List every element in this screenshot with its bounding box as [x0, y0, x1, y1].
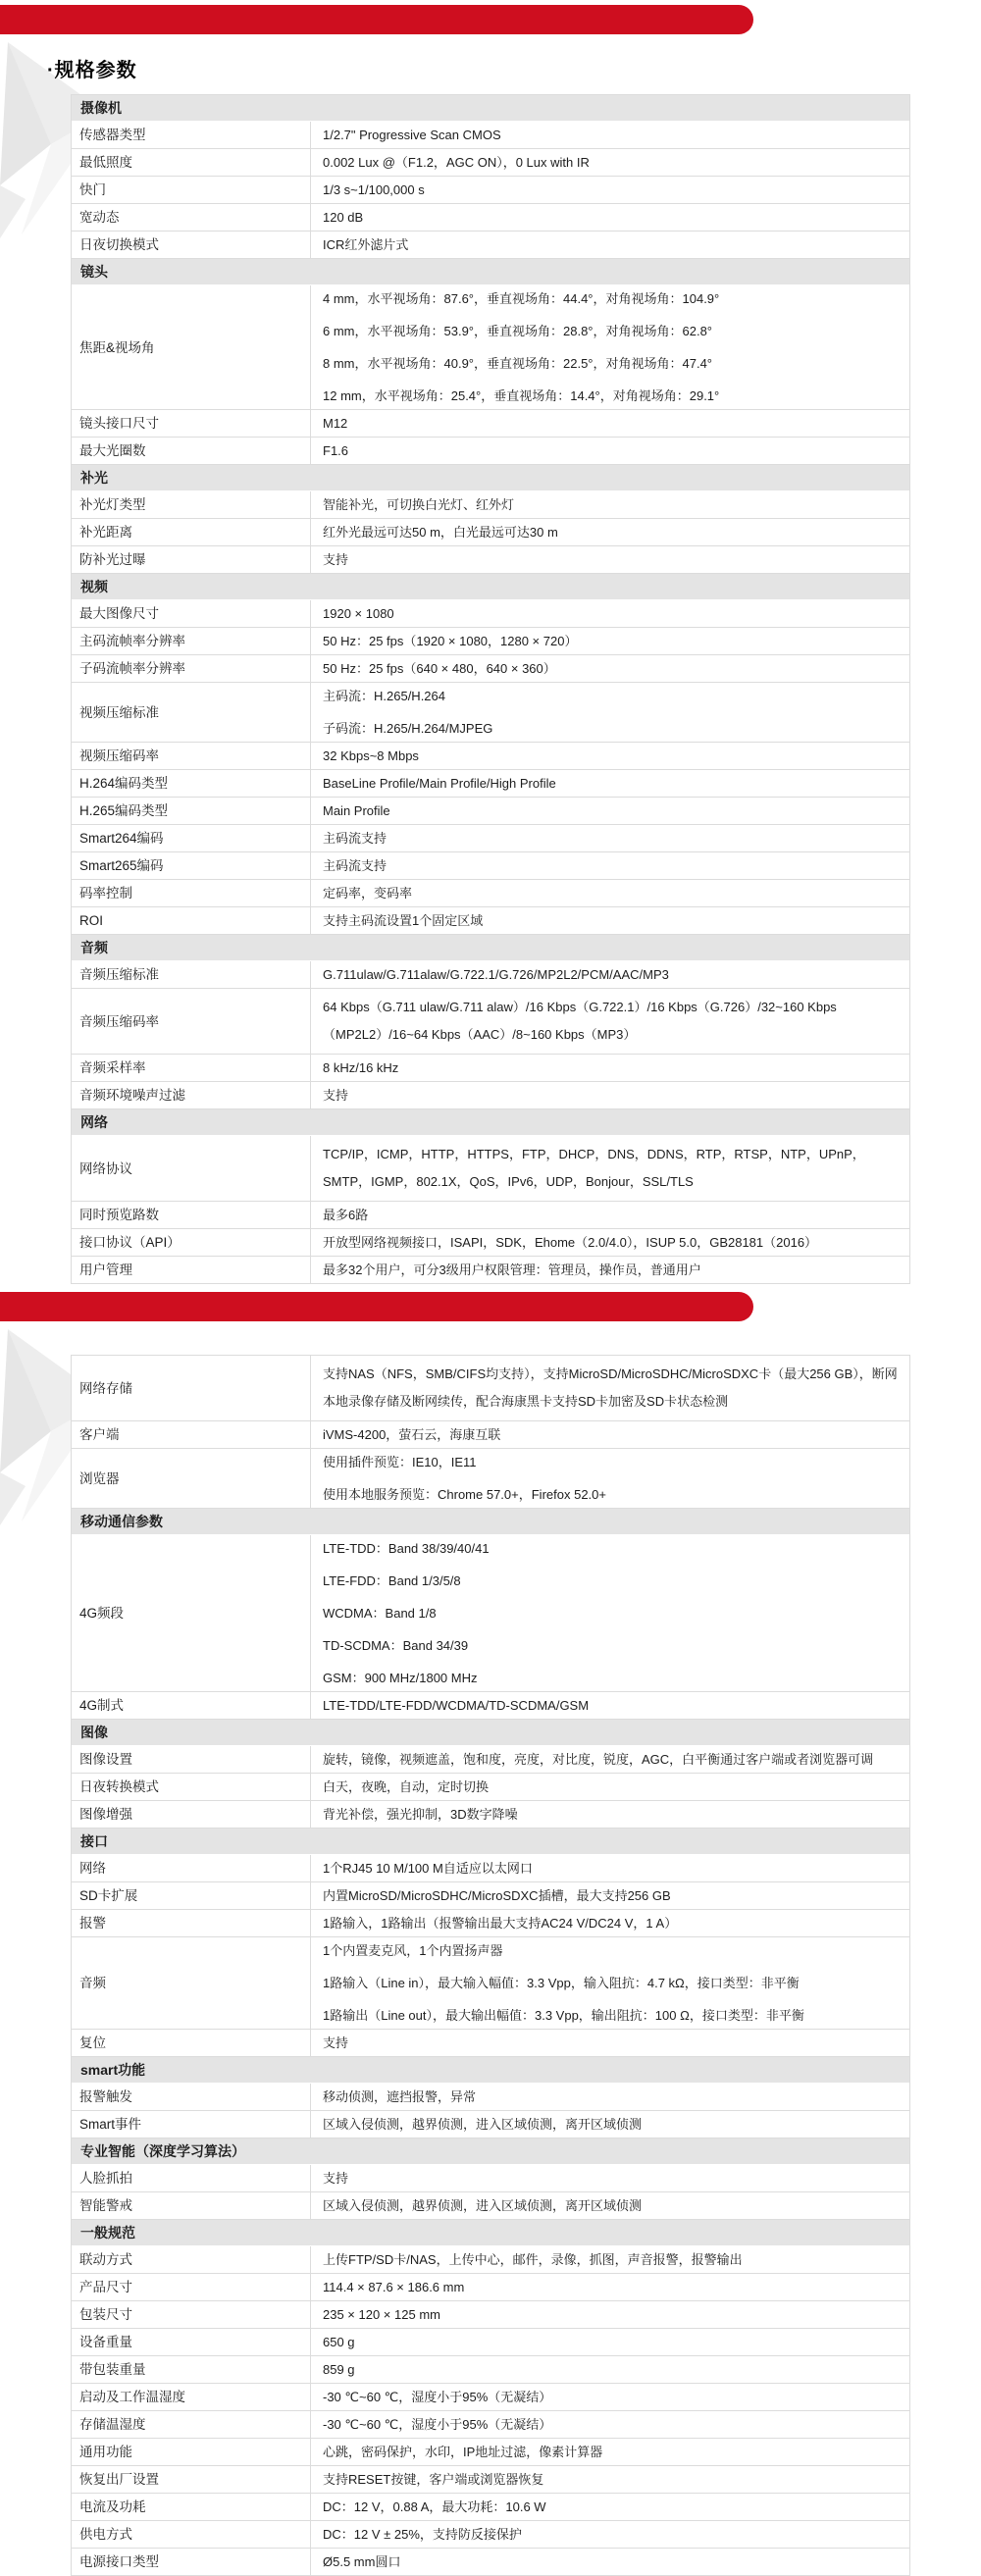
spec-value-line: LTE-FDD：Band 1/3/5/8	[323, 1572, 898, 1589]
section-header: 视频	[72, 574, 909, 600]
spec-label: 最大图像尺寸	[72, 600, 311, 627]
spec-value-line: TD-SCDMA：Band 34/39	[323, 1637, 898, 1654]
spec-label: Smart265编码	[72, 852, 311, 879]
section-header: 补光	[72, 465, 909, 491]
spec-value-line: 移动侦测，遮挡报警，异常	[323, 2088, 898, 2105]
spec-label: 产品尺寸	[72, 2274, 311, 2300]
section-header: smart功能	[72, 2057, 909, 2084]
spec-value-line: 上传FTP/SD卡/NAS，上传中心，邮件，录像，抓图，声音报警，报警输出	[323, 2251, 898, 2268]
section-header: 摄像机	[72, 95, 909, 122]
spec-value-line: 心跳，密码保护，水印，IP地址过滤，像素计算器	[323, 2444, 898, 2460]
spec-label: 日夜切换模式	[72, 232, 311, 258]
spec-row: 最大光圈数F1.6	[72, 438, 909, 465]
spec-label: 音频采样率	[72, 1055, 311, 1081]
spec-row: 补光距离红外光最远可达50 m，白光最远可达30 m	[72, 519, 909, 546]
spec-label: 传感器类型	[72, 122, 311, 148]
spec-value: 支持RESET按键，客户端或浏览器恢复	[311, 2466, 909, 2493]
spec-row: 快门1/3 s~1/100,000 s	[72, 177, 909, 204]
spec-value-line: 背光补偿，强光抑制，3D数字降噪	[323, 1806, 898, 1823]
spec-row: 最低照度0.002 Lux @（F1.2，AGC ON），0 Lux with …	[72, 149, 909, 177]
spec-value-line: 1路输入（Line in），最大输入幅值：3.3 Vpp，输入阻抗：4.7 kΩ…	[323, 1975, 898, 1991]
spec-value: 120 dB	[311, 204, 909, 231]
spec-label: 子码流帧率分辨率	[72, 655, 311, 682]
spec-value: 235 × 120 × 125 mm	[311, 2301, 909, 2328]
spec-value: ICR红外滤片式	[311, 232, 909, 258]
spec-value-line: 32 Kbps~8 Mbps	[323, 747, 898, 764]
spec-value: 支持	[311, 2030, 909, 2056]
spec-value-line: -30 ℃~60 ℃，湿度小于95%（无凝结）	[323, 2416, 898, 2433]
spec-label: 人脸抓拍	[72, 2165, 311, 2191]
section-header: 网络	[72, 1109, 909, 1136]
spec-value-line: 支持	[323, 551, 898, 568]
spec-label: 供电方式	[72, 2521, 311, 2548]
spec-value: 0.002 Lux @（F1.2，AGC ON），0 Lux with IR	[311, 149, 909, 176]
spec-value: 1/2.7" Progressive Scan CMOS	[311, 122, 909, 148]
spec-value: DC：12 V ± 25%，支持防反接保护	[311, 2521, 909, 2548]
spec-table-network-general: 网络存储支持NAS（NFS，SMB/CIFS均支持），支持MicroSD/Mic…	[71, 1355, 910, 2576]
spec-label: 电源接口类型	[72, 2549, 311, 2575]
spec-value: 32 Kbps~8 Mbps	[311, 743, 909, 769]
spec-page-1: ·规格参数 摄像机传感器类型1/2.7" Progressive Scan CM…	[0, 5, 981, 1284]
spec-label: 视频压缩码率	[72, 743, 311, 769]
spec-value: -30 ℃~60 ℃，湿度小于95%（无凝结）	[311, 2384, 909, 2410]
spec-value-line: 白天，夜晚，自动，定时切换	[323, 1778, 898, 1795]
spec-value-line: ICR红外滤片式	[323, 236, 898, 253]
spec-row: 带包装重量859 g	[72, 2356, 909, 2384]
spec-row: 子码流帧率分辨率50 Hz：25 fps（640 × 480，640 × 360…	[72, 655, 909, 683]
spec-row: 码率控制定码率，变码率	[72, 880, 909, 907]
spec-value: -30 ℃~60 ℃，湿度小于95%（无凝结）	[311, 2411, 909, 2438]
spec-row: 存储温湿度-30 ℃~60 ℃，湿度小于95%（无凝结）	[72, 2411, 909, 2439]
spec-value-line: GSM：900 MHz/1800 MHz	[323, 1670, 898, 1686]
section-header: 接口	[72, 1829, 909, 1855]
spec-value: 650 g	[311, 2329, 909, 2355]
spec-value-line: 0.002 Lux @（F1.2，AGC ON），0 Lux with IR	[323, 154, 898, 171]
spec-value-line: 4 mm，水平视场角：87.6°，垂直视场角：44.4°，对角视场角：104.9…	[323, 290, 898, 307]
spec-value: 开放型网络视频接口，ISAPI，SDK，Ehome（2.0/4.0），ISUP …	[311, 1229, 909, 1256]
spec-label: 带包装重量	[72, 2356, 311, 2383]
spec-label: 电流及功耗	[72, 2494, 311, 2520]
spec-label: 视频压缩标准	[72, 683, 311, 742]
spec-label: H.264编码类型	[72, 770, 311, 797]
spec-label: 焦距&视场角	[72, 285, 311, 409]
spec-row: 日夜切换模式ICR红外滤片式	[72, 232, 909, 259]
spec-label: 同时预览路数	[72, 1202, 311, 1228]
spec-label: 主码流帧率分辨率	[72, 628, 311, 654]
spec-value-line: 内置MicroSD/MicroSDHC/MicroSDXC插槽，最大支持256 …	[323, 1887, 898, 1904]
spec-value: 支持主码流设置1个固定区域	[311, 907, 909, 934]
spec-value: 红外光最远可达50 m，白光最远可达30 m	[311, 519, 909, 545]
spec-value-line: 859 g	[323, 2361, 898, 2378]
spec-value: 8 kHz/16 kHz	[311, 1055, 909, 1081]
spec-value-line: 1920 × 1080	[323, 605, 898, 622]
spec-label: 图像增强	[72, 1801, 311, 1828]
spec-value-line: 最多32个用户，可分3级用户权限管理：管理员，操作员，普通用户	[323, 1262, 898, 1278]
spec-value: BaseLine Profile/Main Profile/High Profi…	[311, 770, 909, 797]
spec-label: 4G制式	[72, 1692, 311, 1719]
spec-row: 电流及功耗DC：12 V，0.88 A，最大功耗：10.6 W	[72, 2494, 909, 2521]
spec-label: 补光距离	[72, 519, 311, 545]
spec-value: 主码流支持	[311, 852, 909, 879]
spec-label: 存储温湿度	[72, 2411, 311, 2438]
spec-value: 50 Hz：25 fps（640 × 480，640 × 360）	[311, 655, 909, 682]
spec-value-line: 1/3 s~1/100,000 s	[323, 181, 898, 198]
spec-value-line: 1/2.7" Progressive Scan CMOS	[323, 127, 898, 143]
spec-value-line: 区域入侵侦测，越界侦测，进入区域侦测，离开区域侦测	[323, 2116, 898, 2133]
spec-row: 4G频段LTE-TDD：Band 38/39/40/41LTE-FDD：Band…	[72, 1535, 909, 1692]
spec-value: 旋转，镜像，视频遮盖，饱和度，亮度，对比度，锐度，AGC，白平衡通过客户端或者浏…	[311, 1746, 909, 1773]
spec-value-line: 120 dB	[323, 209, 898, 226]
spec-value-line: 12 mm，水平视场角：25.4°，垂直视场角：14.4°，对角视场角：29.1…	[323, 387, 898, 404]
spec-row: 人脸抓拍支持	[72, 2165, 909, 2192]
spec-value-line: 支持	[323, 2035, 898, 2051]
spec-row: 防补光过曝支持	[72, 546, 909, 574]
spec-value: 4 mm，水平视场角：87.6°，垂直视场角：44.4°，对角视场角：104.9…	[311, 285, 909, 409]
spec-row: 设备重量650 g	[72, 2329, 909, 2356]
spec-value-line: LTE-TDD/LTE-FDD/WCDMA/TD-SCDMA/GSM	[323, 1697, 898, 1714]
spec-value-line: Ø5.5 mm圆口	[323, 2553, 898, 2570]
spec-row: 浏览器使用插件预览：IE10，IE11使用本地服务预览：Chrome 57.0+…	[72, 1449, 909, 1509]
spec-label: 镜头接口尺寸	[72, 410, 311, 437]
spec-row: H.264编码类型BaseLine Profile/Main Profile/H…	[72, 770, 909, 798]
spec-label: 补光灯类型	[72, 491, 311, 518]
spec-value: 50 Hz：25 fps（1920 × 1080，1280 × 720）	[311, 628, 909, 654]
spec-row: 图像增强背光补偿，强光抑制，3D数字降噪	[72, 1801, 909, 1829]
spec-label: 客户端	[72, 1421, 311, 1448]
spec-value: 最多6路	[311, 1202, 909, 1228]
spec-value-line: -30 ℃~60 ℃，湿度小于95%（无凝结）	[323, 2389, 898, 2405]
spec-value: M12	[311, 410, 909, 437]
spec-value-line: 64 Kbps（G.711 ulaw/G.711 alaw）/16 Kbps（G…	[323, 994, 898, 1049]
spec-value: 内置MicroSD/MicroSDHC/MicroSDXC插槽，最大支持256 …	[311, 1882, 909, 1909]
spec-row: 复位支持	[72, 2030, 909, 2057]
spec-value-line: 6 mm，水平视场角：53.9°，垂直视场角：28.8°，对角视场角：62.8°	[323, 323, 898, 339]
page-title: ·规格参数	[47, 54, 981, 82]
spec-value-line: 1路输出（Line out），最大输出幅值：3.3 Vpp，输出阻抗：100 Ω…	[323, 2007, 898, 2024]
spec-value-line: Main Profile	[323, 802, 898, 819]
spec-label: 音频	[72, 1937, 311, 2029]
spec-value-line: LTE-TDD：Band 38/39/40/41	[323, 1540, 898, 1557]
spec-row: 智能警戒区域入侵侦测，越界侦测，进入区域侦测，离开区域侦测	[72, 2192, 909, 2220]
spec-row: 同时预览路数最多6路	[72, 1202, 909, 1229]
spec-row: SD卡扩展内置MicroSD/MicroSDHC/MicroSDXC插槽，最大支…	[72, 1882, 909, 1910]
spec-row: 音频环境噪声过滤支持	[72, 1082, 909, 1109]
spec-value: 主码流：H.265/H.264子码流：H.265/H.264/MJPEG	[311, 683, 909, 742]
section-header: 图像	[72, 1720, 909, 1746]
spec-value: 智能补光，可切换白光灯、红外灯	[311, 491, 909, 518]
spec-value: 1个RJ45 10 M/100 M自适应以太网口	[311, 1855, 909, 1881]
spec-value-line: 8 kHz/16 kHz	[323, 1059, 898, 1076]
spec-value-line: F1.6	[323, 442, 898, 459]
spec-value-line: 8 mm，水平视场角：40.9°，垂直视场角：22.5°，对角视场角：47.4°	[323, 355, 898, 372]
spec-value-line: 114.4 × 87.6 × 186.6 mm	[323, 2279, 898, 2295]
spec-row: 传感器类型1/2.7" Progressive Scan CMOS	[72, 122, 909, 149]
spec-label: 恢复出厂设置	[72, 2466, 311, 2493]
spec-value: 支持	[311, 1082, 909, 1108]
spec-value-line: 主码流支持	[323, 857, 898, 874]
spec-label: 网络存储	[72, 1356, 311, 1420]
spec-label: 智能警戒	[72, 2192, 311, 2219]
spec-row: 报警触发移动侦测，遮挡报警，异常	[72, 2084, 909, 2111]
spec-value: 支持	[311, 2165, 909, 2191]
spec-label: 报警触发	[72, 2084, 311, 2110]
spec-row: 联动方式上传FTP/SD卡/NAS，上传中心，邮件，录像，抓图，声音报警，报警输…	[72, 2246, 909, 2274]
spec-value-line: 子码流：H.265/H.264/MJPEG	[323, 720, 898, 737]
spec-value-line: 1个内置麦克风，1个内置扬声器	[323, 1942, 898, 1959]
spec-label: 通用功能	[72, 2439, 311, 2465]
spec-value-line: 主码流：H.265/H.264	[323, 688, 898, 704]
spec-row: 电源接口类型Ø5.5 mm圆口	[72, 2549, 909, 2575]
spec-label: 最低照度	[72, 149, 311, 176]
spec-label: 音频压缩码率	[72, 989, 311, 1054]
spec-label: Smart事件	[72, 2111, 311, 2138]
section-header: 专业智能（深度学习算法）	[72, 2138, 909, 2165]
spec-label: 联动方式	[72, 2246, 311, 2273]
spec-value-line: 使用插件预览：IE10，IE11	[323, 1454, 898, 1470]
spec-label: 宽动态	[72, 204, 311, 231]
spec-label: ROI	[72, 907, 311, 934]
spec-value: Main Profile	[311, 798, 909, 824]
spec-value: 1个内置麦克风，1个内置扬声器1路输入（Line in），最大输入幅值：3.3 …	[311, 1937, 909, 2029]
spec-row: 报警1路输入，1路输出（报警输出最大支持AC24 V/DC24 V，1 A）	[72, 1910, 909, 1937]
spec-value-line: 支持	[323, 1087, 898, 1104]
spec-row: 用户管理最多32个用户，可分3级用户权限管理：管理员，操作员，普通用户	[72, 1257, 909, 1283]
spec-row: 网络存储支持NAS（NFS，SMB/CIFS均支持），支持MicroSD/Mic…	[72, 1356, 909, 1421]
spec-label: 报警	[72, 1910, 311, 1936]
spec-row: 网络1个RJ45 10 M/100 M自适应以太网口	[72, 1855, 909, 1882]
spec-row: 焦距&视场角4 mm，水平视场角：87.6°，垂直视场角：44.4°，对角视场角…	[72, 285, 909, 410]
spec-value: 支持NAS（NFS，SMB/CIFS均支持），支持MicroSD/MicroSD…	[311, 1356, 909, 1420]
spec-label: SD卡扩展	[72, 1882, 311, 1909]
spec-value: 区域入侵侦测，越界侦测，进入区域侦测，离开区域侦测	[311, 2111, 909, 2138]
spec-value: 区域入侵侦测，越界侦测，进入区域侦测，离开区域侦测	[311, 2192, 909, 2219]
spec-row: H.265编码类型Main Profile	[72, 798, 909, 825]
spec-label: 设备重量	[72, 2329, 311, 2355]
spec-label: 码率控制	[72, 880, 311, 906]
spec-row: 接口协议（API）开放型网络视频接口，ISAPI，SDK，Ehome（2.0/4…	[72, 1229, 909, 1257]
section-header: 镜头	[72, 259, 909, 285]
spec-value: 使用插件预览：IE10，IE11使用本地服务预览：Chrome 57.0+，Fi…	[311, 1449, 909, 1508]
spec-value-line: 235 × 120 × 125 mm	[323, 2306, 898, 2323]
spec-label: 用户管理	[72, 1257, 311, 1283]
spec-value: Ø5.5 mm圆口	[311, 2549, 909, 2575]
spec-value-line: 50 Hz：25 fps（1920 × 1080，1280 × 720）	[323, 633, 898, 649]
spec-value: 白天，夜晚，自动，定时切换	[311, 1774, 909, 1800]
spec-row: 包装尺寸235 × 120 × 125 mm	[72, 2301, 909, 2329]
section-header: 移动通信参数	[72, 1509, 909, 1535]
section-header: 一般规范	[72, 2220, 909, 2246]
spec-row: 启动及工作温湿度-30 ℃~60 ℃，湿度小于95%（无凝结）	[72, 2384, 909, 2411]
spec-value-line: 支持	[323, 2170, 898, 2187]
spec-row: 通用功能心跳，密码保护，水印，IP地址过滤，像素计算器	[72, 2439, 909, 2466]
spec-value: LTE-TDD/LTE-FDD/WCDMA/TD-SCDMA/GSM	[311, 1692, 909, 1719]
spec-value: 心跳，密码保护，水印，IP地址过滤，像素计算器	[311, 2439, 909, 2465]
spec-value: 最多32个用户，可分3级用户权限管理：管理员，操作员，普通用户	[311, 1257, 909, 1283]
spec-row: 镜头接口尺寸M12	[72, 410, 909, 438]
spec-label: Smart264编码	[72, 825, 311, 851]
spec-value: 背光补偿，强光抑制，3D数字降噪	[311, 1801, 909, 1828]
spec-value: LTE-TDD：Band 38/39/40/41LTE-FDD：Band 1/3…	[311, 1535, 909, 1691]
spec-value-line: BaseLine Profile/Main Profile/High Profi…	[323, 775, 898, 792]
spec-value: iVMS-4200，萤石云，海康互联	[311, 1421, 909, 1448]
spec-row: 音频1个内置麦克风，1个内置扬声器1路输入（Line in），最大输入幅值：3.…	[72, 1937, 909, 2030]
spec-label: 网络协议	[72, 1136, 311, 1201]
spec-value-line: 使用本地服务预览：Chrome 57.0+，Firefox 52.0+	[323, 1486, 898, 1503]
spec-value-line: 旋转，镜像，视频遮盖，饱和度，亮度，对比度，锐度，AGC，白平衡通过客户端或者浏…	[323, 1751, 898, 1768]
spec-value: 定码率，变码率	[311, 880, 909, 906]
spec-value-line: 区域入侵侦测，越界侦测，进入区域侦测，离开区域侦测	[323, 2197, 898, 2214]
spec-value-line: 开放型网络视频接口，ISAPI，SDK，Ehome（2.0/4.0），ISUP …	[323, 1234, 898, 1251]
spec-row: 宽动态120 dB	[72, 204, 909, 232]
spec-row: 音频压缩码率64 Kbps（G.711 ulaw/G.711 alaw）/16 …	[72, 989, 909, 1055]
spec-value: 主码流支持	[311, 825, 909, 851]
spec-value-line: 最多6路	[323, 1207, 898, 1223]
spec-row: 补光灯类型智能补光，可切换白光灯、红外灯	[72, 491, 909, 519]
spec-row: ROI支持主码流设置1个固定区域	[72, 907, 909, 935]
spec-row: Smart265编码主码流支持	[72, 852, 909, 880]
spec-label: 启动及工作温湿度	[72, 2384, 311, 2410]
spec-row: Smart事件区域入侵侦测，越界侦测，进入区域侦测，离开区域侦测	[72, 2111, 909, 2138]
spec-label: 快门	[72, 177, 311, 203]
spec-value-line: M12	[323, 415, 898, 432]
spec-value: TCP/IP，ICMP，HTTP，HTTPS，FTP，DHCP，DNS，DDNS…	[311, 1136, 909, 1201]
red-divider-bar	[0, 1292, 753, 1321]
spec-value: 1/3 s~1/100,000 s	[311, 177, 909, 203]
spec-label: 日夜转换模式	[72, 1774, 311, 1800]
spec-value: 1920 × 1080	[311, 600, 909, 627]
spec-row: 供电方式DC：12 V ± 25%，支持防反接保护	[72, 2521, 909, 2549]
spec-row: 网络协议TCP/IP，ICMP，HTTP，HTTPS，FTP，DHCP，DNS，…	[72, 1136, 909, 1202]
spec-value-line: 支持主码流设置1个固定区域	[323, 912, 898, 929]
red-divider-bar	[0, 5, 753, 34]
spec-value: 114.4 × 87.6 × 186.6 mm	[311, 2274, 909, 2300]
spec-value-line: TCP/IP，ICMP，HTTP，HTTPS，FTP，DHCP，DNS，DDNS…	[323, 1141, 898, 1196]
spec-value: DC：12 V，0.88 A，最大功耗：10.6 W	[311, 2494, 909, 2520]
spec-label: 包装尺寸	[72, 2301, 311, 2328]
spec-value: 64 Kbps（G.711 ulaw/G.711 alaw）/16 Kbps（G…	[311, 989, 909, 1054]
spec-label: 4G频段	[72, 1535, 311, 1691]
spec-value-line: 定码率，变码率	[323, 885, 898, 902]
spec-label: 图像设置	[72, 1746, 311, 1773]
spec-row: 客户端iVMS-4200，萤石云，海康互联	[72, 1421, 909, 1449]
spec-row: 视频压缩标准主码流：H.265/H.264子码流：H.265/H.264/MJP…	[72, 683, 909, 743]
spec-row: Smart264编码主码流支持	[72, 825, 909, 852]
spec-value: 移动侦测，遮挡报警，异常	[311, 2084, 909, 2110]
spec-label: 最大光圈数	[72, 438, 311, 464]
spec-row: 主码流帧率分辨率50 Hz：25 fps（1920 × 1080，1280 × …	[72, 628, 909, 655]
spec-label: 接口协议（API）	[72, 1229, 311, 1256]
spec-value-line: 主码流支持	[323, 830, 898, 847]
spec-value: G.711ulaw/G.711alaw/G.722.1/G.726/MP2L2/…	[311, 961, 909, 988]
spec-value-line: DC：12 V，0.88 A，最大功耗：10.6 W	[323, 2499, 898, 2515]
spec-label: 音频环境噪声过滤	[72, 1082, 311, 1108]
spec-value-line: 支持NAS（NFS，SMB/CIFS均支持），支持MicroSD/MicroSD…	[323, 1361, 898, 1416]
spec-value-line: 50 Hz：25 fps（640 × 480，640 × 360）	[323, 660, 898, 677]
spec-value-line: DC：12 V ± 25%，支持防反接保护	[323, 2526, 898, 2543]
spec-label: H.265编码类型	[72, 798, 311, 824]
spec-row: 音频采样率8 kHz/16 kHz	[72, 1055, 909, 1082]
spec-row: 产品尺寸114.4 × 87.6 × 186.6 mm	[72, 2274, 909, 2301]
spec-row: 图像设置旋转，镜像，视频遮盖，饱和度，亮度，对比度，锐度，AGC，白平衡通过客户…	[72, 1746, 909, 1774]
spec-label: 浏览器	[72, 1449, 311, 1508]
spec-table-camera: 摄像机传感器类型1/2.7" Progressive Scan CMOS最低照度…	[71, 94, 910, 1284]
spec-value-line: iVMS-4200，萤石云，海康互联	[323, 1426, 898, 1443]
spec-label: 网络	[72, 1855, 311, 1881]
spec-value-line: 1个RJ45 10 M/100 M自适应以太网口	[323, 1860, 898, 1877]
spec-label: 复位	[72, 2030, 311, 2056]
spec-value-line: 支持RESET按键，客户端或浏览器恢复	[323, 2471, 898, 2488]
spec-value: 支持	[311, 546, 909, 573]
spec-value-line: WCDMA：Band 1/8	[323, 1605, 898, 1622]
spec-value-line: 红外光最远可达50 m，白光最远可达30 m	[323, 524, 898, 541]
spec-label: 音频压缩标准	[72, 961, 311, 988]
spec-value: F1.6	[311, 438, 909, 464]
spec-value: 1路输入，1路输出（报警输出最大支持AC24 V/DC24 V，1 A）	[311, 1910, 909, 1936]
spec-value: 上传FTP/SD卡/NAS，上传中心，邮件，录像，抓图，声音报警，报警输出	[311, 2246, 909, 2273]
spec-row: 音频压缩标准G.711ulaw/G.711alaw/G.722.1/G.726/…	[72, 961, 909, 989]
spec-label: 防补光过曝	[72, 546, 311, 573]
spec-row: 4G制式LTE-TDD/LTE-FDD/WCDMA/TD-SCDMA/GSM	[72, 1692, 909, 1720]
spec-row: 日夜转换模式白天，夜晚，自动，定时切换	[72, 1774, 909, 1801]
spec-row: 恢复出厂设置支持RESET按键，客户端或浏览器恢复	[72, 2466, 909, 2494]
spec-page-2: 网络存储支持NAS（NFS，SMB/CIFS均支持），支持MicroSD/Mic…	[0, 1292, 981, 2576]
spec-value-line: G.711ulaw/G.711alaw/G.722.1/G.726/MP2L2/…	[323, 966, 898, 983]
spec-value-line: 1路输入，1路输出（报警输出最大支持AC24 V/DC24 V，1 A）	[323, 1915, 898, 1932]
spec-value-line: 650 g	[323, 2334, 898, 2350]
spec-row: 视频压缩码率32 Kbps~8 Mbps	[72, 743, 909, 770]
spec-value-line: 智能补光，可切换白光灯、红外灯	[323, 496, 898, 513]
spec-value: 859 g	[311, 2356, 909, 2383]
section-header: 音频	[72, 935, 909, 961]
spec-row: 最大图像尺寸1920 × 1080	[72, 600, 909, 628]
